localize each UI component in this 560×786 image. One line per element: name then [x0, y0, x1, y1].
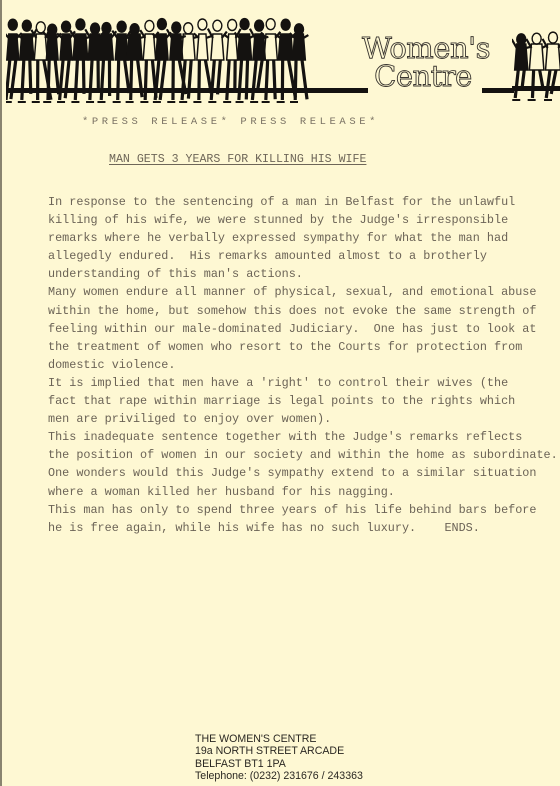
headline: MAN GETS 3 YEARS FOR KILLING HIS WIFE [109, 153, 366, 166]
logo-line-2: Centre [350, 62, 496, 90]
address-telephone: Telephone: (0232) 231676 / 243363 [195, 770, 363, 782]
letterhead-rule [482, 88, 514, 93]
body-line: domestic violence. [48, 356, 558, 374]
press-release-page: Women's Centre *PRESS RELEASE* PRESS REL… [0, 0, 560, 786]
body-text: In response to the sentencing of a man i… [48, 193, 558, 537]
body-line: killing of his wife, we were stunned by … [48, 211, 558, 229]
body-line: remarks where he verbally expressed symp… [48, 229, 558, 247]
body-line: he is free again, while his wife has no … [48, 519, 558, 537]
body-line: This inadequate sentence together with t… [48, 428, 558, 446]
body-line: fact that rape within marriage is legal … [48, 392, 558, 410]
body-line: feeling within our male-dominated Judici… [48, 320, 558, 338]
body-line: the treatment of women who resort to the… [48, 338, 558, 356]
body-line: understanding of this man's actions. [48, 265, 558, 283]
address-block: THE WOMEN'S CENTRE 19a NORTH STREET ARCA… [195, 733, 363, 782]
address-organisation: THE WOMEN'S CENTRE [195, 733, 363, 745]
address-city-postcode: BELFAST BT1 1PA [195, 758, 363, 770]
womens-centre-logo: Women's Centre [356, 34, 496, 90]
body-line: allegedly endured. His remarks amounted … [48, 247, 558, 265]
body-line: where a woman killed her husband for his… [48, 483, 558, 501]
body-line: In response to the sentencing of a man i… [48, 193, 558, 211]
body-line: Many women endure all manner of physical… [48, 283, 558, 301]
body-line: the position of women in our society and… [48, 446, 558, 464]
logo-line-1: Women's [356, 34, 496, 62]
body-line: This man has only to spend three years o… [48, 501, 558, 519]
body-line: It is implied that men have a 'right' to… [48, 374, 558, 392]
body-line: within the home, but somehow this does n… [48, 302, 558, 320]
body-line: men are priviliged to enjoy over women). [48, 410, 558, 428]
body-line: One wonders would this Judge's sympathy … [48, 464, 558, 482]
letterhead: Women's Centre [2, 0, 560, 110]
dancers-illustration [512, 26, 560, 104]
dancers-illustration [6, 16, 336, 106]
address-street: 19a NORTH STREET ARCADE [195, 745, 363, 757]
press-release-banner: *PRESS RELEASE* PRESS RELEASE* [82, 116, 379, 128]
